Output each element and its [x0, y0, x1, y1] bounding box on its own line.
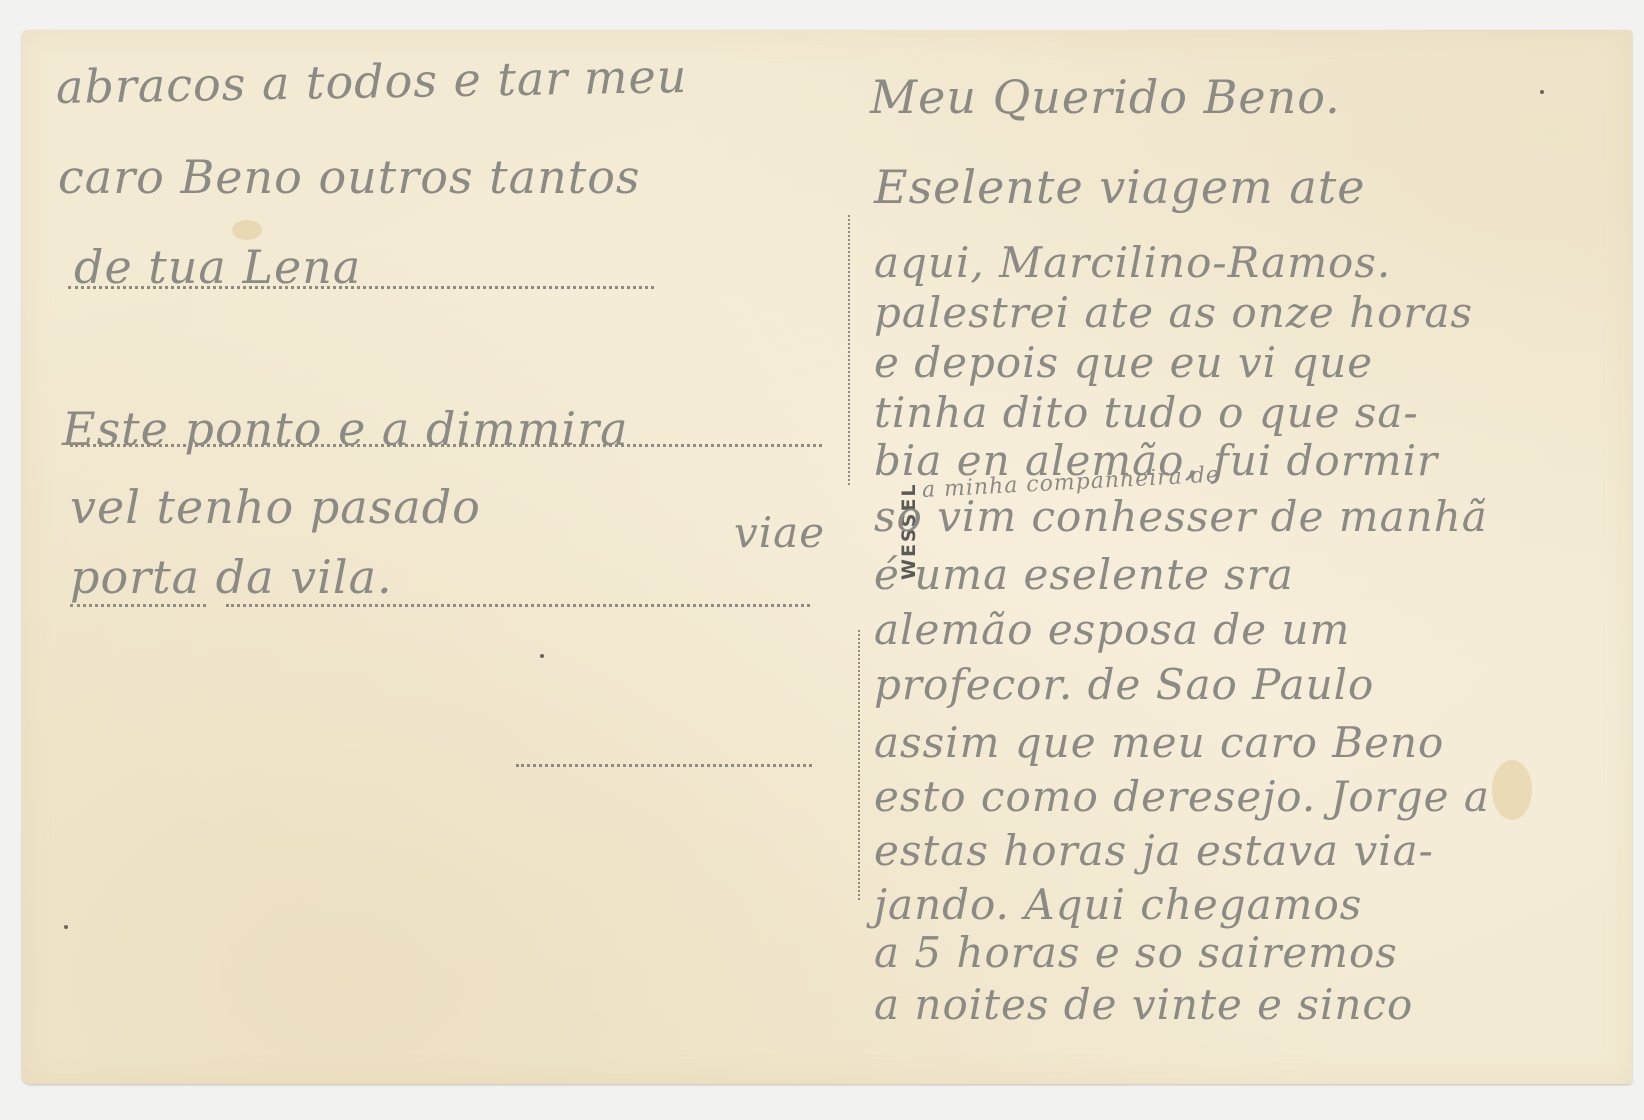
scan-background: abracos a todos e tar meu caro Beno outr…: [0, 0, 1644, 1120]
paper-speck: [1540, 90, 1544, 94]
address-line-1: [68, 286, 654, 289]
letter-line: Eselente viagem ate: [874, 160, 1365, 214]
letter-line: assim que meu caro Beno: [874, 718, 1444, 767]
handwritten-line: vel tenho pasado: [70, 480, 481, 534]
handwritten-line: Este ponto e a dimmira: [62, 402, 629, 456]
address-line-3a: [70, 604, 206, 607]
handwritten-line: abracos a todos e tar meu: [56, 49, 688, 114]
address-line-3b: [226, 604, 810, 607]
letter-line: profecor. de Sao Paulo: [874, 660, 1374, 709]
letter-line: é uma eselente sra: [874, 550, 1294, 599]
center-divider-top: [848, 215, 850, 485]
letter-line: alemão esposa de um: [874, 605, 1350, 654]
paper-stain: [232, 220, 262, 240]
center-divider-bottom: [858, 630, 860, 900]
letter-line: aqui, Marcilino-Ramos.: [874, 238, 1391, 287]
handwritten-line: porta da vila.: [70, 550, 393, 604]
paper-stain: [1492, 760, 1532, 820]
postcard: abracos a todos e tar meu caro Beno outr…: [22, 30, 1632, 1084]
paper-speck: [540, 654, 544, 658]
letter-line: palestrei ate as onze horas: [874, 288, 1473, 337]
handwritten-margin-word: viae: [734, 508, 825, 557]
letter-line: esto como deresejo. Jorge a: [874, 772, 1490, 821]
letter-line: a 5 horas e so sairemos: [874, 928, 1398, 977]
address-line-4: [516, 764, 812, 767]
paper-speck: [64, 925, 68, 929]
handwritten-line: caro Beno outros tantos: [58, 150, 641, 204]
letter-line: tinha dito tudo o que sa-: [874, 388, 1419, 437]
letter-line: so vim conhesser de manhã: [874, 492, 1488, 541]
letter-greeting: Meu Querido Beno.: [870, 70, 1341, 124]
letter-line: a noites de vinte e sinco: [874, 980, 1413, 1029]
letter-line: jando. Aqui chegamos: [874, 880, 1362, 929]
letter-line: e depois que eu vi que: [874, 338, 1373, 387]
letter-line: estas horas ja estava via-: [874, 826, 1434, 875]
